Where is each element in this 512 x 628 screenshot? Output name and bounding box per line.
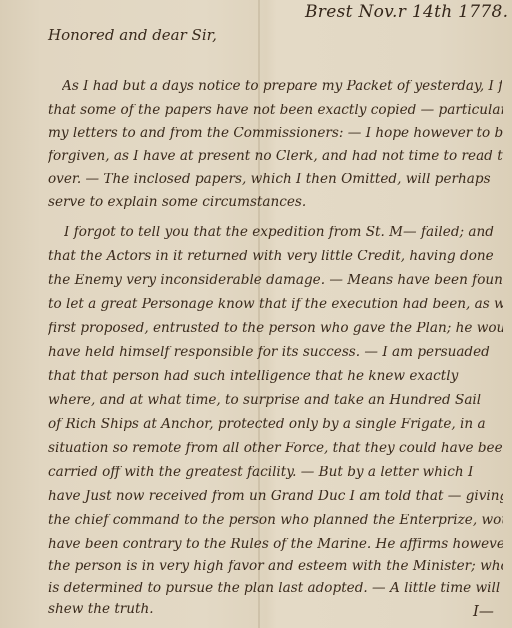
paper-fold-line [258,0,260,628]
letter-line: the person is in very high favor and est… [48,560,503,574]
letter-line: my letters to and from the Commissioners… [48,127,503,141]
catchword: I— [473,602,494,620]
letter-line: have held himself responsible for its su… [48,346,503,360]
letter-line: of Rich Ships at Anchor, protected only … [48,418,503,432]
letter-line: have Just now received from un Grand Duc… [48,490,503,504]
letter-line: carried off with the greatest facility. … [48,466,503,480]
letter-line: that the Actors in it returned with very… [48,250,503,264]
letter-salutation: Honored and dear Sir, [48,26,217,44]
letter-dateline: Brest Nov.r 14th 1778. [305,2,508,22]
letter-line: to let a great Personage know that if th… [48,298,503,312]
letter-line: the Enemy very inconsiderable damage. — … [48,274,503,288]
letter-line: As I had but a days notice to prepare my… [62,80,502,94]
letter-line: situation so remote from all other Force… [48,442,503,456]
letter-line: that that person had such intelligence t… [48,370,503,384]
letter-line: serve to explain some circumstances. [48,196,503,210]
letter-line: first proposed, entrusted to the person … [48,322,503,336]
letter-line: over. — The inclosed papers, which I the… [48,173,503,187]
letter-line: the chief command to the person who plan… [48,514,503,528]
letter-line: where, and at what time, to surprise and… [48,394,503,408]
letter-line: that some of the papers have not been ex… [48,104,503,118]
letter-line: have been contrary to the Rules of the M… [48,538,503,552]
letter-line: I forgot to tell you that the expedition… [64,226,502,240]
letter-line: forgiven, as I have at present no Clerk,… [48,150,503,164]
letter-line: is determined to pursue the plan last ad… [48,582,503,596]
letter-line: shew the truth. [48,603,503,617]
